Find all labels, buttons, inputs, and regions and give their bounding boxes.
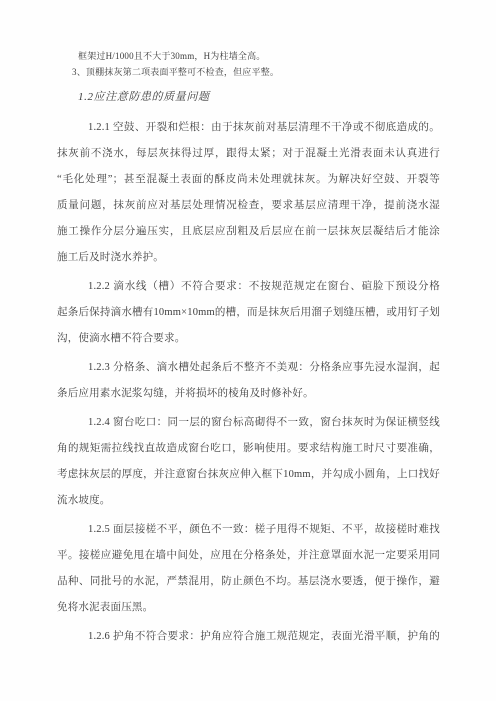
para-1-2-6-line-1: 1.2.6 护角不符合要求：护角应符合施工规范规定，表面光滑平顺，护角的 bbox=[57, 624, 440, 650]
para-1-2-1-line-5: 施工操作分层分遍压实，且底层应刮粗及后层应在前一层抹灰层凝结后才能涂抹， bbox=[57, 219, 440, 245]
para-1-2-5-line-1: 1.2.5 面层接槎不平，颜色不一致：槎子甩得不规矩、不平，故接槎时难找 bbox=[57, 517, 440, 543]
list-item-3: 3、顶棚抹灰第二项表面平整可不检查，但应平整。 bbox=[57, 64, 440, 80]
para-1-2-4-line-4: 流水坡度。 bbox=[57, 488, 440, 514]
para-1-2-1-line-6: 施工后及时浇水养护。 bbox=[57, 245, 440, 271]
para-1-2-1-line-2: 抹灰前不浇水，每层灰抹得过厚，跟得太紧；对于混凝土光滑表面未认真进行 bbox=[57, 141, 440, 167]
para-1-2-2-line-2: 起条后保持滴水槽有10mm×10mm的槽，而是抹灰后用溜子划缝压槽，或用钉子划 bbox=[57, 300, 440, 326]
para-1-2-4-line-3: 考虑抹灰层的厚度，并注意窗台抹灰应伸入框下10mm，并勾成小圆角，上口找好 bbox=[57, 462, 440, 488]
para-1-2-3-line-2: 条后应用素水泥浆勾缝，并将损坏的棱角及时修补好。 bbox=[57, 381, 440, 407]
para-1-2-1-line-3: “毛化处理”；甚至混凝土表面的酥皮尚未处理就抹灰。为解决好空鼓、开裂等 bbox=[57, 167, 440, 193]
para-1-2-3-line-1: 1.2.3 分格条、滴水槽处起条后不整齐不美观：分格条应事先浸水湿润，起 bbox=[57, 355, 440, 381]
continuation-line-tolerance: 框架过H/1000且不大于30mm，H为柱墙全高。 bbox=[57, 48, 440, 64]
section-heading-1-2: 1.2应注意防患的质量问题 bbox=[57, 89, 440, 105]
para-1-2-5-line-4: 免将水泥表面压黑。 bbox=[57, 595, 440, 621]
para-1-2-1-line-4: 质量问题，抹灰前应对基层处理情况检查，要求基层应清理干净，提前浇水湿润， bbox=[57, 193, 440, 219]
para-1-2-2-line-3: 沟，使滴水槽不符合要求。 bbox=[57, 326, 440, 352]
para-1-2-1-line-1: 1.2.1 空鼓、开裂和烂根：由于抹灰前对基层清理不干净或不彻底造成的。 bbox=[57, 115, 440, 141]
para-1-2-4-line-1: 1.2.4 窗台吃口：同一层的窗台标高砌得不一致，窗台抹灰时为保证横竖线 bbox=[57, 410, 440, 436]
para-1-2-2-line-1: 1.2.2 滴水线（槽）不符合要求：不按规范规定在窗台、碹脸下预设分格条， bbox=[57, 274, 440, 300]
para-1-2-5-line-3: 品种、同批号的水泥，严禁混用，防止颜色不均。基层浇水要透，便于操作，避 bbox=[57, 569, 440, 595]
para-1-2-4-line-2: 角的规矩需拉线找直故造成窗台吃口，影响使用。要求结构施工时尺寸要准确， bbox=[57, 436, 440, 462]
document-page: 框架过H/1000且不大于30mm，H为柱墙全高。 3、顶棚抹灰第二项表面平整可… bbox=[0, 0, 496, 701]
para-1-2-5-line-2: 平。接槎应避免甩在墙中间处，应甩在分格条处，并注意罩面水泥一定要采用同 bbox=[57, 543, 440, 569]
